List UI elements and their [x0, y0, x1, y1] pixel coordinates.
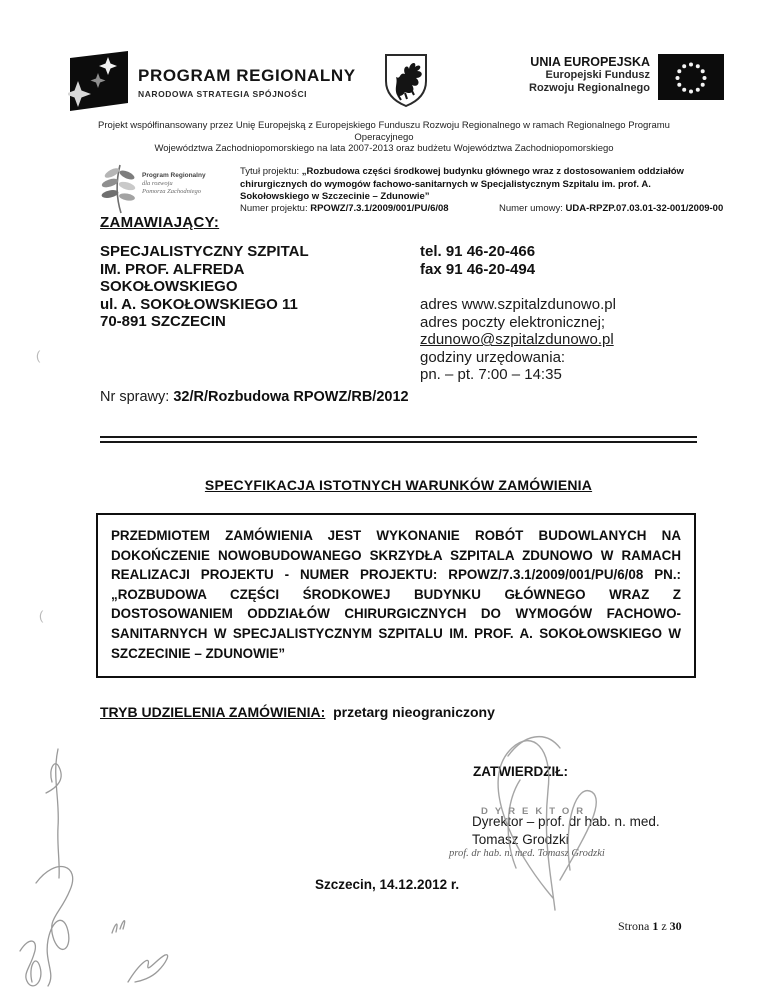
scanned-document-page: PROGRAM REGIONALNY NARODOWA STRATEGIA SP… [0, 0, 768, 994]
griffin-shield-icon [384, 53, 428, 108]
project-number-value: RPOWZ/7.3.1/2009/001/PU/6/08 [310, 203, 448, 214]
nss-flag-icon [68, 50, 130, 112]
subject-of-order-box: PRZEDMIOTEM ZAMÓWIENIA JEST WYKONANIE RO… [96, 513, 696, 678]
case-number-label: Nr sprawy: [100, 389, 173, 405]
program-regionalny-block: PROGRAM REGIONALNY NARODOWA STRATEGIA SP… [138, 66, 356, 99]
project-number-label: Numer projektu: [240, 203, 310, 214]
hospital-hours: pn. – pt. 7:00 – 14:35 [420, 366, 616, 384]
page-number: Strona 1 z 30 [618, 919, 682, 934]
leaf-branch-icon [100, 163, 138, 215]
double-horizontal-rule [100, 436, 697, 443]
hospital-street-line: ul. A. SOKOŁOWSKIEGO 11 [100, 296, 309, 314]
hospital-email-label: adres poczty elektronicznej; [420, 314, 616, 332]
case-number-value: 32/R/Rozbudowa RPOWZ/RB/2012 [173, 389, 408, 405]
case-number-line: Nr sprawy: 32/R/Rozbudowa RPOWZ/RB/2012 [100, 389, 409, 405]
contract-number-value: UDA-RPZP.07.03.01-32-001/2009-00 [566, 203, 724, 214]
siwz-heading: SPECYFIKACJA ISTOTNYCH WARUNKÓW ZAMÓWIEN… [205, 477, 592, 493]
project-title-paragraph: Tytuł projektu: „Rozbudowa części środko… [240, 166, 712, 204]
financing-note-paragraph1: Projekt współfinansowany przez Unię Euro… [84, 120, 684, 143]
leaf-logo-caption: Program Regionalny dla rozwoju Pomorza Z… [142, 172, 228, 196]
project-title-label: Tytuł projektu: [240, 166, 302, 177]
financing-note: Projekt współfinansowany przez Unię Euro… [84, 120, 684, 155]
project-title-value: „Rozbudowa części środkowej budynku głów… [240, 166, 684, 202]
contract-number-label: Numer umowy: [499, 203, 566, 214]
siwz-heading-wrap: SPECYFIKACJA ISTOTNYCH WARUNKÓW ZAMÓWIEN… [100, 477, 697, 495]
hospital-name-line: SOKOŁOWSKIEGO [100, 278, 309, 296]
hospital-phone-block: tel. 91 46-20-466 fax 91 46-20-494 [420, 243, 535, 278]
page-word: Strona [618, 919, 652, 933]
eu-header-block: UNIA EUROPEJSKA Europejski Fundusz Rozwo… [440, 56, 650, 95]
project-number: Numer projektu: RPOWZ/7.3.1/2009/001/PU/… [240, 203, 449, 214]
eu-fund-line1: Europejski Fundusz [440, 69, 650, 82]
hospital-name-line: IM. PROF. ALFREDA [100, 261, 309, 279]
leaf-caption-line3: Pomorza Zachodniego [142, 188, 228, 196]
hospital-web-block: adres www.szpitalzdunowo.pl adres poczty… [420, 296, 616, 384]
handwritten-pen-marks [8, 735, 208, 994]
leaf-caption-line2: dla rozwoju [142, 180, 228, 188]
scan-artifact-mark: ( [36, 348, 40, 363]
financing-note-paragraph2: Województwa Zachodniopomorskiego na lata… [84, 143, 684, 155]
hospital-city-line: 70-891 SZCZECIN [100, 313, 309, 331]
contract-number: Numer umowy: UDA-RPZP.07.03.01-32-001/20… [499, 203, 723, 214]
hospital-name-line: SPECJALISTYCZNY SZPITAL [100, 243, 309, 261]
hospital-www: adres www.szpitalzdunowo.pl [420, 296, 616, 314]
hospital-address-block: SPECJALISTYCZNY SZPITAL IM. PROF. ALFRED… [100, 243, 309, 331]
program-regionalny-title: PROGRAM REGIONALNY [138, 66, 356, 86]
hospital-fax: fax 91 46-20-494 [420, 261, 535, 279]
procedure-label: TRYB UDZIELENIA ZAMÓWIENIA: [100, 704, 325, 720]
hospital-hours-label: godziny urzędowania: [420, 349, 616, 367]
hospital-tel: tel. 91 46-20-466 [420, 243, 535, 261]
program-regionalny-subtitle: NARODOWA STRATEGIA SPÓJNOŚCI [138, 89, 356, 99]
hospital-email: zdunowo@szpitalzdunowo.pl [420, 331, 616, 349]
eu-title: UNIA EUROPEJSKA [440, 56, 650, 69]
page-separator: z [658, 919, 669, 933]
eu-fund-line2: Rozwoju Regionalnego [440, 82, 650, 95]
ordering-party-heading: ZAMAWIAJĄCY: [100, 214, 219, 231]
place-and-date: Szczecin, 14.12.2012 r. [315, 877, 459, 892]
leaf-caption-line1: Program Regionalny [142, 172, 228, 180]
eu-flag-icon [658, 54, 724, 100]
scan-artifact-mark: ( [39, 608, 43, 623]
page-total: 30 [670, 919, 682, 933]
